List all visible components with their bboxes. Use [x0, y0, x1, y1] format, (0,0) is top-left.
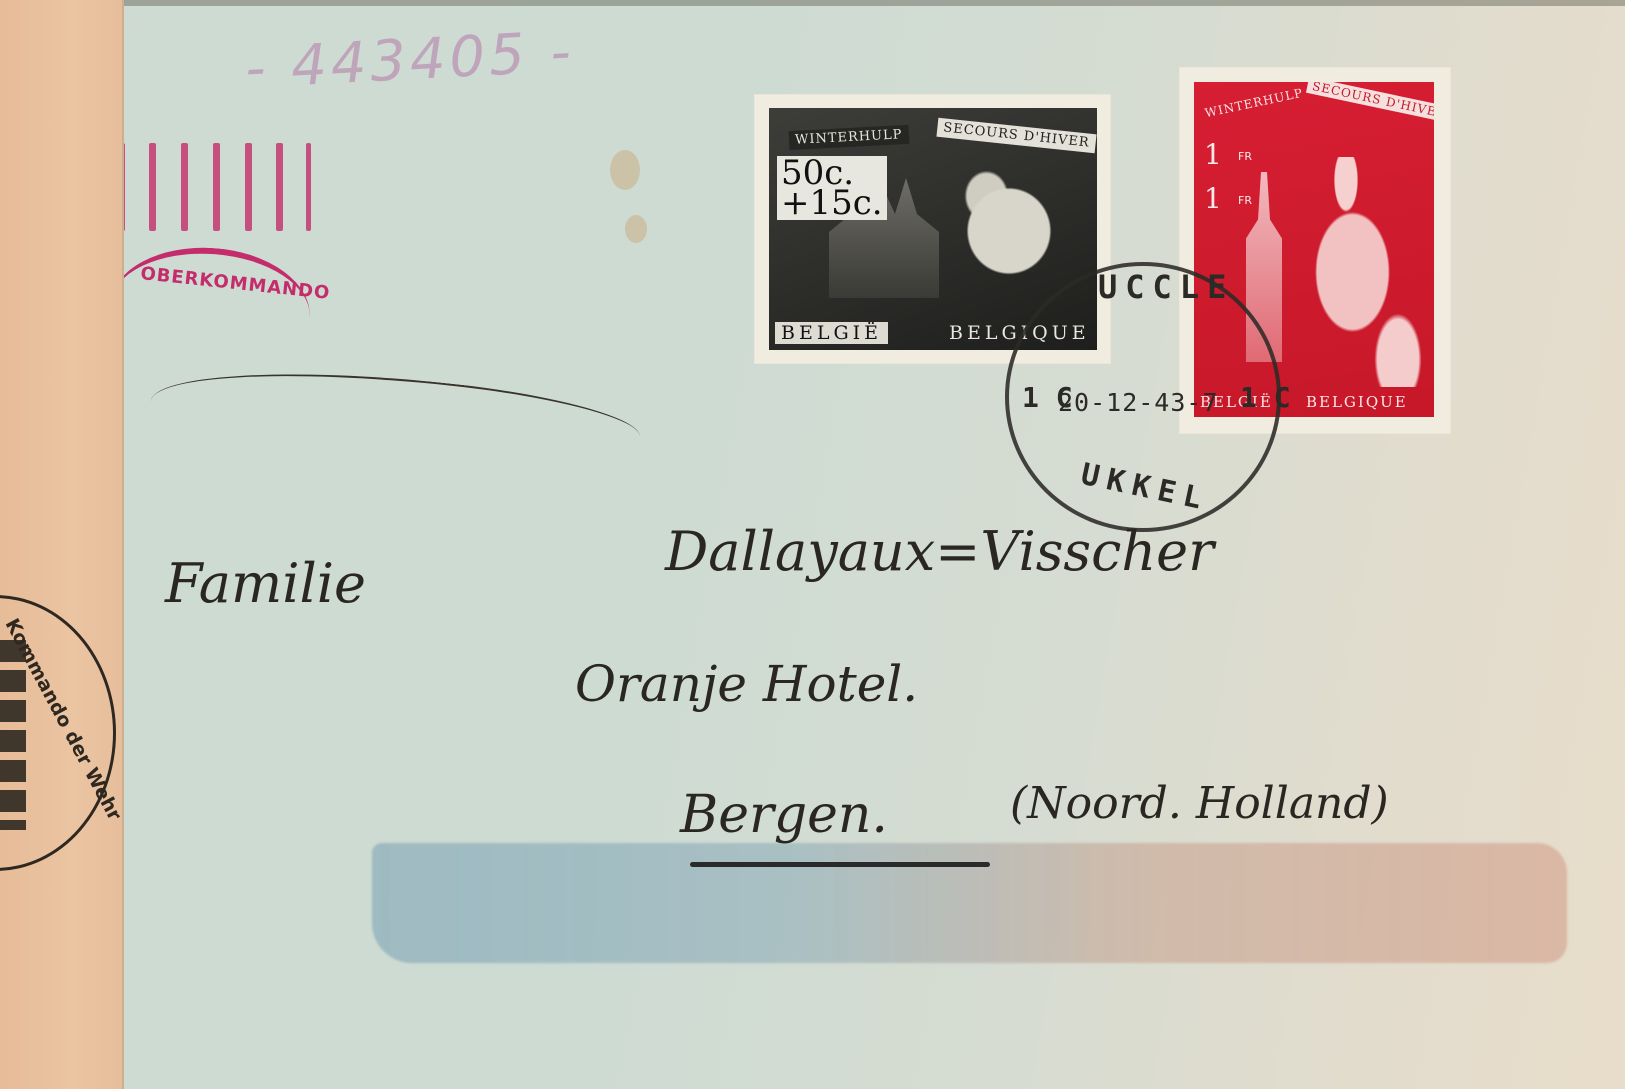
- address-hotel: Oranje Hotel.: [575, 655, 918, 713]
- envelope-top-edge: [0, 0, 1625, 6]
- postmark-town-fr: UCCLE: [1098, 268, 1234, 306]
- stamp-value-surcharge: +15c.: [781, 188, 883, 218]
- stamp-value-unit: FR: [1238, 142, 1252, 172]
- postmark-left-marks: 1 C: [1022, 383, 1073, 413]
- envelope: - 443405 - OBERKOMMANDO Kommando der Weh…: [0, 0, 1625, 1089]
- stamp-banner-fr: SECOURS D'HIVER: [1306, 82, 1434, 123]
- postmark-date: 20-12-43-7: [1058, 388, 1219, 417]
- pencil-reference-number: - 443405 -: [244, 19, 577, 101]
- postmark-right-marks: 1 C: [1240, 383, 1291, 413]
- address-region: (Noord. Holland): [1010, 778, 1389, 829]
- address-city: Bergen.: [680, 785, 888, 845]
- figure-illustration: [1294, 157, 1424, 387]
- foxing-stain: [625, 215, 647, 243]
- stamp-banner-nl: WINTERHULP: [1204, 86, 1305, 120]
- stamp-value: 1FR 1FR: [1204, 140, 1222, 214]
- stamp-banner-fr: SECOURS D'HIVER: [936, 118, 1096, 154]
- country-nl: BELGIË: [775, 322, 888, 344]
- foxing-stain: [610, 150, 640, 190]
- address-recipient-name: Dallayaux=Visscher: [665, 520, 1214, 583]
- country-fr: BELGIQUE: [1306, 393, 1408, 411]
- stamp-banner-nl: WINTERHULP: [789, 125, 909, 150]
- address-salutation: Familie: [165, 552, 366, 615]
- stamp-value: 50c. +15c.: [777, 156, 887, 220]
- censor-tape: [0, 0, 124, 1089]
- stamp-value-surcharge: 1: [1204, 182, 1222, 215]
- city-underline: [690, 862, 990, 867]
- watercolor-wash: [372, 843, 1567, 963]
- red-censor-bars: [118, 143, 318, 233]
- stamp-surcharge-unit: FR: [1238, 186, 1252, 216]
- red-arc-censor-stamp: [106, 241, 314, 381]
- stamp-value-main: 1: [1204, 138, 1222, 171]
